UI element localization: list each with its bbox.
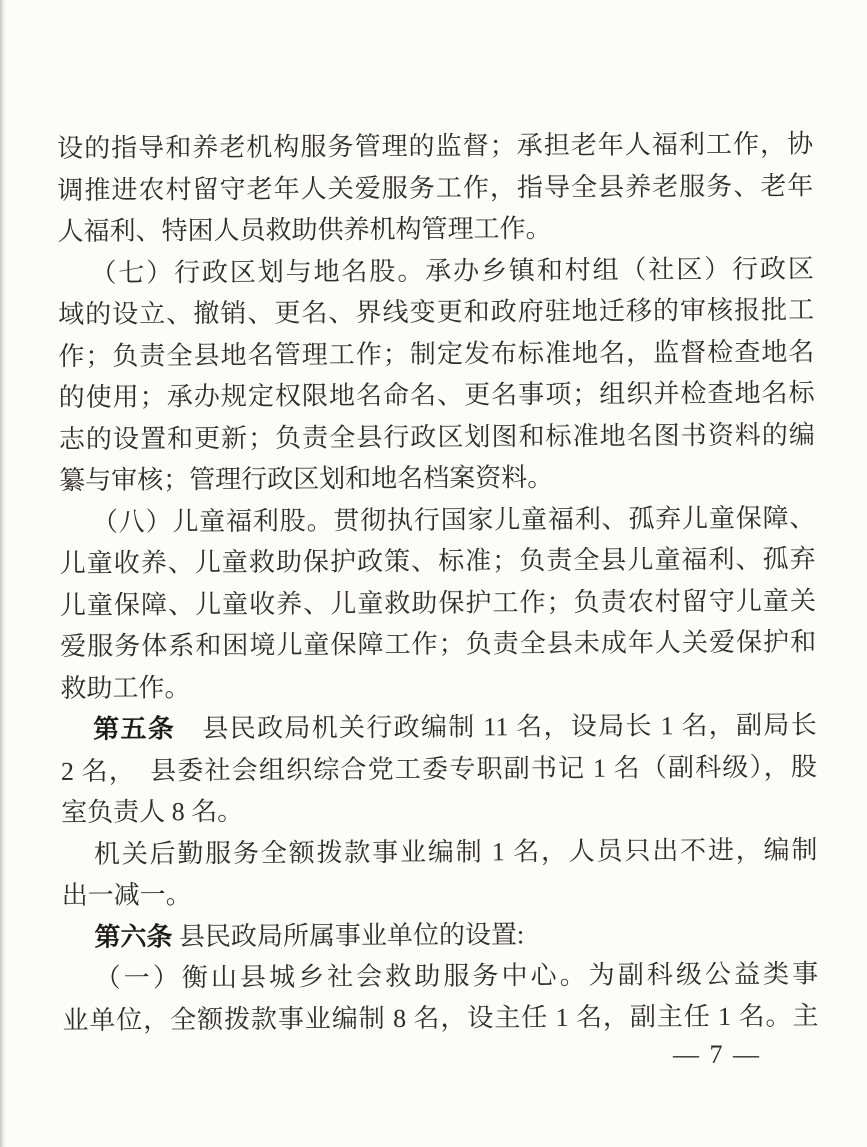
text-line: 机关后勤服务全额拨款事业编制 1 名，人员只出不进，编制 (61, 829, 817, 875)
text-line: 室负责人 8 名。 (61, 787, 817, 833)
article-body-text: 县民政局所属事业单位的设置: (172, 920, 524, 951)
text-line: 设的指导和养老机构服务管理的监督；承担老年人福利工作，协 (57, 123, 813, 169)
text-line-article-6: 第六条 县民政局所属事业单位的设置: (62, 912, 818, 958)
document-page: 设的指导和养老机构服务管理的监督；承担老年人福利工作，协 调推进农村留守老年人关… (0, 0, 867, 1147)
article-number-bold: 第五条 (93, 714, 175, 744)
page-number: — 7 — (673, 1038, 761, 1072)
text-line: 作；负责全县地名管理工作；制定发布标准地名，监督检查地名 (58, 331, 814, 377)
text-line: 爱服务体系和困境儿童保障工作；负责全县未成年人关爱保护和 (60, 621, 816, 667)
text-line: 纂与审核；管理行政区划和地名档案资料。 (59, 455, 815, 501)
text-line: （八）儿童福利股。贯彻执行国家儿童福利、孤弃儿童保障、 (59, 497, 815, 543)
article-body-text: 县民政局机关行政编制 11 名，设局长 1 名，副局长 (175, 710, 817, 743)
text-line: 儿童保障、儿童收养、儿童救助保护工作；负责农村留守儿童关 (60, 580, 816, 626)
text-line: 的使用；承办规定权限地名命名、更名事项；组织并检查地名标 (59, 372, 815, 418)
text-line-article-5: 第五条 县民政局机关行政编制 11 名，设局长 1 名，副局长 (61, 704, 817, 750)
text-line: 出一减一。 (62, 870, 818, 916)
text-line: （七）行政区划与地名股。承办乡镇和村组（社区）行政区 (58, 248, 814, 294)
text-line: 人福利、特困人员救助供养机构管理工作。 (58, 206, 814, 252)
text-block: 设的指导和养老机构服务管理的监督；承担老年人福利工作，协 调推进农村留守老年人关… (57, 123, 819, 1041)
article-number-bold: 第六条 (94, 922, 172, 951)
text-line: 2 名， 县委社会组织综合党工委专职副书记 1 名（副科级），股 (61, 746, 817, 792)
text-line: 救助工作。 (60, 663, 816, 709)
text-line: 志的设置和更新；负责全县行政区划图和标准地名图书资料的编 (59, 414, 815, 460)
text-line: （一）衡山县城乡社会救助服务中心。为副科级公益类事 (62, 953, 818, 999)
scan-edge (0, 0, 6, 1147)
text-line: 儿童收养、儿童救助保护政策、标准；负责全县儿童福利、孤弃 (60, 538, 816, 584)
text-line: 业单位，全额拨款事业编制 8 名，设主任 1 名，副主任 1 名。主 (62, 995, 818, 1041)
text-line: 调推进农村留守老年人关爱服务工作，指导全县养老服务、老年 (57, 165, 813, 211)
text-line: 域的设立、撤销、更名、界线变更和政府驻地迁移的审核报批工 (58, 289, 814, 335)
